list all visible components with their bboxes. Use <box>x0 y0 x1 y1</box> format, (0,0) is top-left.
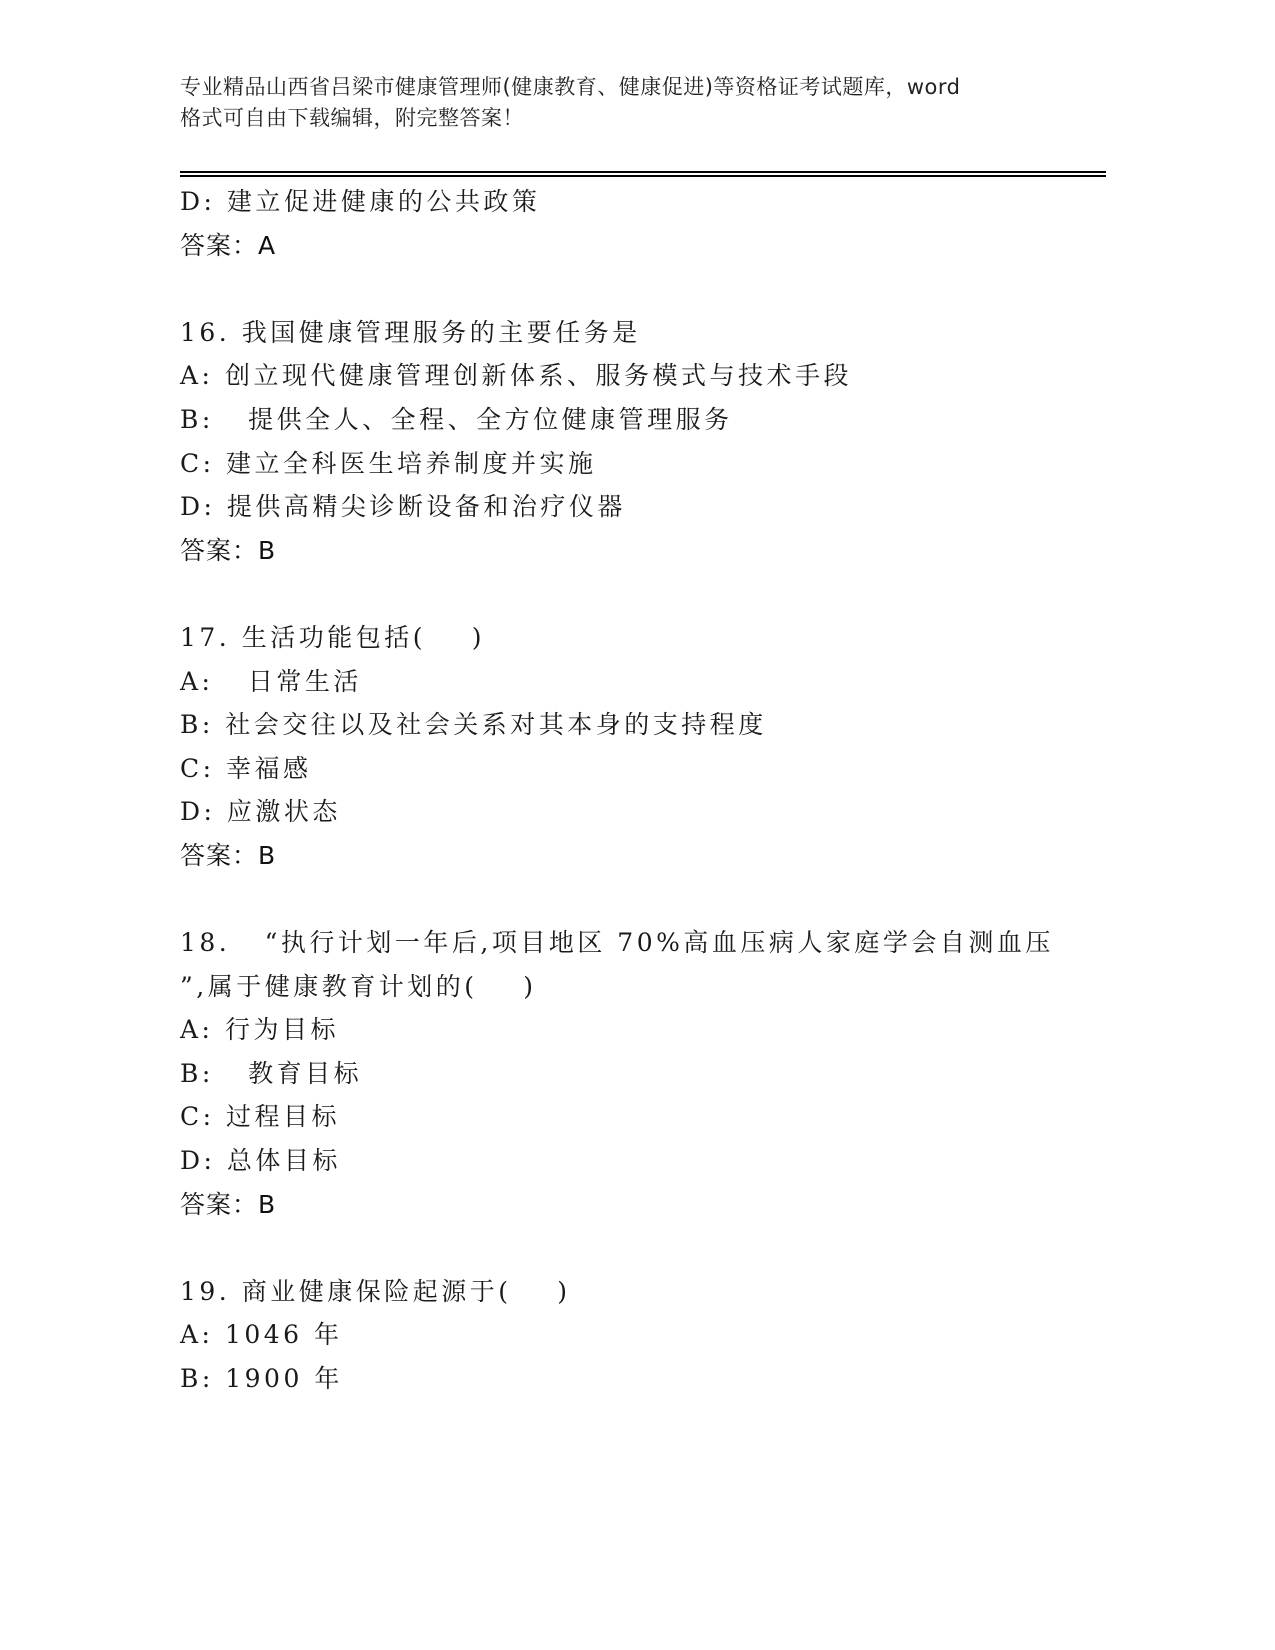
question-16-stem: 16. 我国健康管理服务的主要任务是 <box>180 311 1100 355</box>
option-a-q16: A: 创立现代健康管理创新体系、服务模式与技术手段 <box>180 354 1100 398</box>
answer-q18: 答案：B <box>180 1183 1100 1227</box>
option-c-q17: C: 幸福感 <box>180 747 1100 791</box>
option-b-q16: B: 提供全人、全程、全方位健康管理服务 <box>180 398 1100 442</box>
question-list: D: 建立促进健康的公共政策 答案：A 16. 我国健康管理服务的主要任务是 A… <box>180 180 1100 1401</box>
answer-q17: 答案：B <box>180 834 1100 878</box>
option-c-q18: C: 过程目标 <box>180 1095 1100 1139</box>
option-b-q17: B: 社会交往以及社会关系对其本身的支持程度 <box>180 703 1100 747</box>
question-19-stem: 19. 商业健康保险起源于( ) <box>180 1270 1100 1314</box>
header-rule-top <box>180 171 1106 173</box>
option-c-q16: C: 建立全科医生培养制度并实施 <box>180 442 1100 486</box>
option-d-q18: D: 总体目标 <box>180 1139 1100 1183</box>
option-b-q18: B: 教育目标 <box>180 1052 1100 1096</box>
option-a-q19: A: 1046 年 <box>180 1313 1100 1357</box>
option-d-q17: D: 应激状态 <box>180 790 1100 834</box>
option-b-q19: B: 1900 年 <box>180 1357 1100 1401</box>
question-18-stem-line-1: 18. “执行计划一年后,项目地区 70%高血压病人家庭学会自测血压 <box>180 921 1100 965</box>
header-line-2: 格式可自由下载编辑，附完整答案！ <box>180 103 1060 134</box>
question-17-stem: 17. 生活功能包括( ) <box>180 616 1100 660</box>
question-18-stem-line-2: ”,属于健康教育计划的( ) <box>180 965 1100 1009</box>
option-a-q17: A: 日常生活 <box>180 660 1100 704</box>
option-a-q18: A: 行为目标 <box>180 1008 1100 1052</box>
page-header: 专业精品山西省吕梁市健康管理师(健康教育、健康促进)等资格证考试题库，word … <box>180 72 1060 134</box>
header-rule-bottom <box>180 175 1106 177</box>
answer-q16: 答案：B <box>180 529 1100 573</box>
header-line-1: 专业精品山西省吕梁市健康管理师(健康教育、健康促进)等资格证考试题库，word <box>180 72 1060 103</box>
option-d-q15: D: 建立促进健康的公共政策 <box>180 180 1100 224</box>
answer-q15: 答案：A <box>180 224 1100 268</box>
option-d-q16: D: 提供高精尖诊断设备和治疗仪器 <box>180 485 1100 529</box>
